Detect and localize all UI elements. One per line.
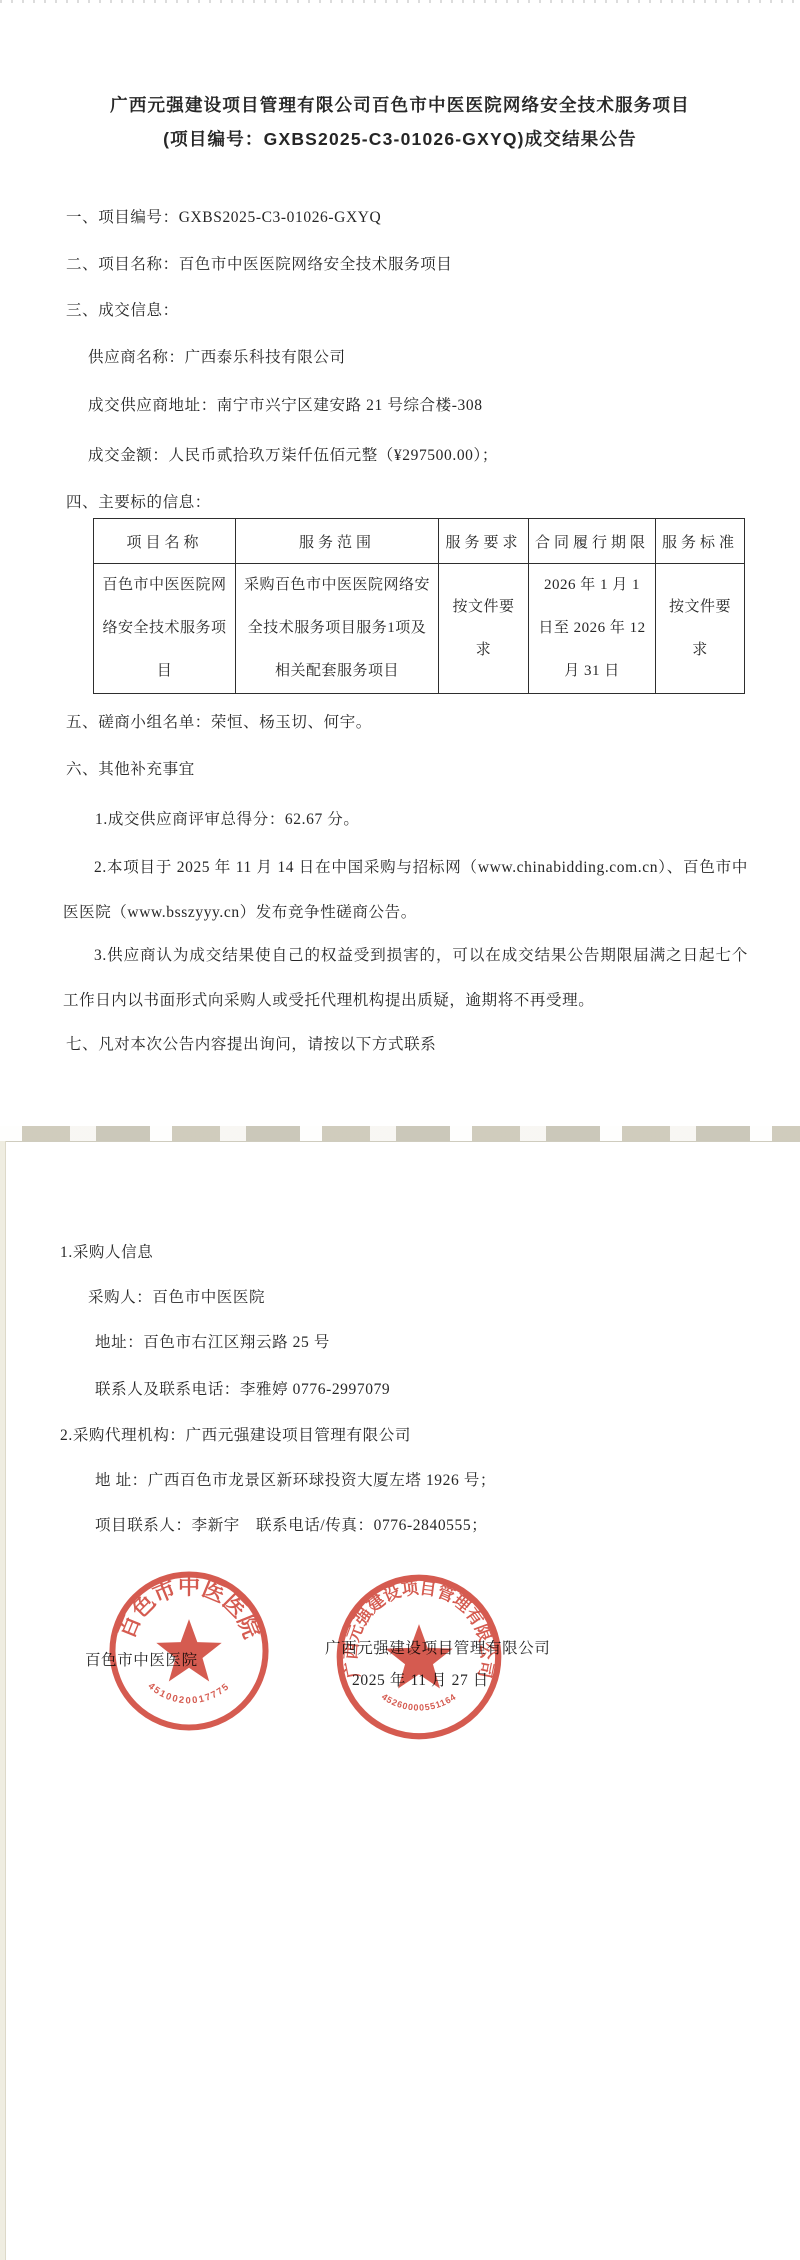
section-award-info: 三、成交信息：: [66, 298, 179, 320]
award-amount-line: 成交金额：人民币贰拾玖万柒仟伍佰元整（¥297500.00）；: [88, 443, 498, 465]
agency-red-seal: 广西元强建设项目管理有限公司 45260000551164: [330, 1568, 508, 1746]
section-supplementary: 六、其他补充事宜: [66, 757, 195, 779]
cell-service-scope: 采购百色市中医医院网络安全技术服务项目服务1项及相关配套服务项目: [236, 564, 439, 694]
svg-text:4510020017775: 4510020017775: [146, 1681, 233, 1706]
agency-contact-line: 项目联系人：李新宇 联系电话/传真：0776-2840555；: [95, 1513, 487, 1535]
supplier-address-line: 成交供应商地址：南宁市兴宁区建安路 21 号综合楼-308: [88, 393, 483, 415]
page2-left-edge: [0, 1141, 6, 2260]
header-contract-period: 合同履行期限: [529, 519, 656, 564]
agency-address-line: 地 址：广西百色市龙景区新环球投资大厦左塔 1926 号；: [95, 1468, 496, 1490]
note-publication: 2.本项目于 2025 年 11 月 14 日在中国采购与招标网（www.chi…: [63, 845, 748, 935]
scan-edge-noise: [0, 0, 800, 3]
table-row: 百色市中医医院网络安全技术服务项目 采购百色市中医医院网络安全技术服务项目服务1…: [94, 564, 745, 694]
cell-project-name: 百色市中医医院网络安全技术服务项目: [94, 564, 236, 694]
buyer-red-seal: 百色市中医医院 4510020017775: [103, 1565, 275, 1737]
buyer-info-heading: 1.采购人信息: [60, 1240, 153, 1262]
section-subject-info: 四、主要标的信息：: [66, 490, 211, 512]
seal-code-text: 4510020017775: [146, 1681, 233, 1706]
agency-heading: 2.采购代理机构：广西元强建设项目管理有限公司: [60, 1423, 411, 1445]
header-project-name: 项目名称: [94, 519, 236, 564]
buyer-contact-line: 联系人及联系电话：李雅婷 0776-2997079: [95, 1377, 390, 1399]
cell-service-standard: 按文件要求: [656, 564, 745, 694]
section-project-name: 二、项目名称：百色市中医医院网络安全技术服务项目: [66, 252, 452, 274]
subject-info-table: 项目名称 服务范围 服务要求 合同履行期限 服务标准 百色市中医医院网络安全技术…: [93, 518, 745, 694]
note-review-score: 1.成交供应商评审总得分：62.67 分。: [95, 807, 359, 829]
seal-star-icon: [385, 1624, 453, 1688]
section-panel-list: 五、磋商小组名单：荣恒、杨玉切、何宇。: [66, 710, 372, 732]
section-contact-intro: 七、凡对本次公告内容提出询问，请按以下方式联系: [66, 1032, 436, 1054]
svg-text:45260000551164: 45260000551164: [380, 1692, 458, 1713]
document-title-line2: (项目编号：GXBS2025-C3-01026-GXYQ)成交结果公告: [0, 126, 800, 151]
scanned-announcement-document: { "colors": { "ink": "#262626", "stamp_r…: [0, 0, 800, 2260]
buyer-name-line: 采购人：百色市中医医院: [88, 1285, 265, 1307]
header-service-standard: 服务标准: [656, 519, 745, 564]
seal-code-text: 45260000551164: [380, 1692, 458, 1713]
header-service-scope: 服务范围: [236, 519, 439, 564]
cell-service-require: 按文件要求: [439, 564, 529, 694]
header-service-require: 服务要求: [439, 519, 529, 564]
page-break-edge: [0, 1126, 800, 1142]
supplier-name-line: 供应商名称：广西泰乐科技有限公司: [88, 345, 346, 367]
document-title-line1: 广西元强建设项目管理有限公司百色市中医医院网络安全技术服务项目: [0, 92, 800, 117]
section-project-number: 一、项目编号：GXBS2025-C3-01026-GXYQ: [66, 205, 381, 227]
note-objection: 3.供应商认为成交结果使自己的权益受到损害的，可以在成交结果公告期限届满之日起七…: [63, 933, 748, 1023]
cell-contract-period: 2026 年 1 月 1 日至 2026 年 12 月 31 日: [529, 564, 656, 694]
buyer-address-line: 地址：百色市右江区翔云路 25 号: [95, 1330, 330, 1352]
seal-star-icon: [156, 1619, 221, 1681]
table-header-row: 项目名称 服务范围 服务要求 合同履行期限 服务标准: [94, 519, 745, 564]
